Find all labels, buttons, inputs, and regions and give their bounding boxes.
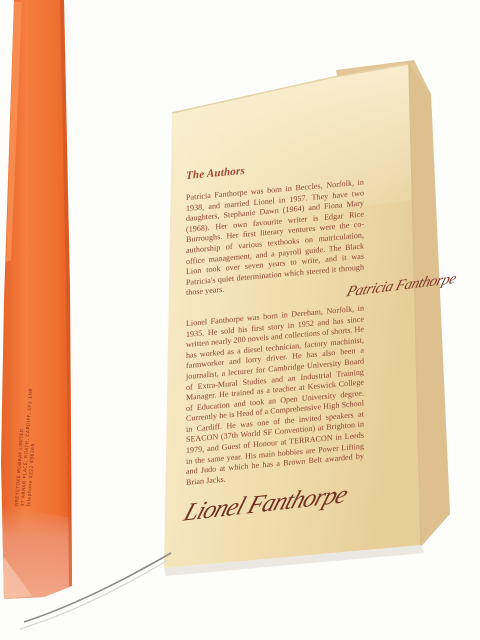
bio-patricia: Patricia Fanthorpe was born in Beccles, …	[186, 177, 364, 299]
authors-page-text: The Authors Patricia Fanthorpe was born …	[186, 154, 364, 524]
book-photo: GREYSTOKE MOBRAY LIMITED 37 ARRAN PLACE,…	[0, 0, 480, 640]
bio-lionel: Lionel Fanthorpe was born in Dereham, No…	[186, 303, 364, 488]
